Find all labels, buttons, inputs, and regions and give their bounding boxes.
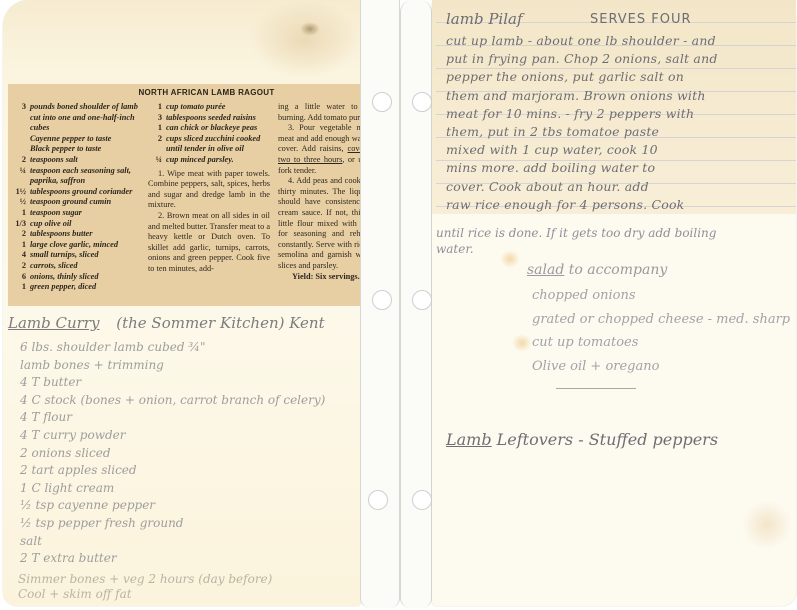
- ingredient-item: 6onions, thinly sliced: [12, 272, 140, 283]
- step-2: 2. Brown meat on all sides in oil and me…: [148, 211, 270, 275]
- pilaf-instruction-line: them and marjoram. Brown onions with: [446, 88, 706, 103]
- pilaf-continued-line: until rice is done. If it gets too dry a…: [436, 226, 716, 240]
- ingredient-quantity: ¼: [12, 166, 30, 187]
- ingredient-quantity: 2: [12, 261, 30, 272]
- binder-hole: [412, 290, 432, 310]
- ingredient-text: teaspoon each seasoning salt, paprika, s…: [30, 166, 140, 187]
- ingredient-quantity: ½: [12, 197, 30, 208]
- clipping-title: NORTH AFRICAN LAMB RAGOUT: [8, 88, 405, 97]
- ingredient-quantity: 3: [12, 102, 30, 134]
- curry-ingredient-line: 2 T extra butter: [20, 551, 117, 565]
- ingredient-quantity: [12, 144, 30, 155]
- ingredient-item: 1½tablespoons ground coriander: [12, 187, 140, 198]
- pilaf-instruction-line: raw rice enough for 4 persons. Cook: [446, 197, 684, 212]
- ingredient-item: 4small turnips, sliced: [12, 250, 140, 261]
- ingredient-text: onions, thinly sliced: [30, 272, 140, 283]
- binder-hole: [372, 92, 392, 112]
- ingredient-text: teaspoons salt: [30, 155, 140, 166]
- ingredient-quantity: 1: [148, 123, 166, 134]
- pilaf-instruction-line: mins more. add boiling water to: [446, 160, 655, 175]
- curry-ingredient-line: salt: [20, 534, 42, 548]
- ingredient-quantity: 1: [12, 282, 30, 293]
- binder-hole: [372, 290, 392, 310]
- ingredient-quantity: 1: [148, 102, 166, 113]
- binder-hole: [368, 490, 388, 510]
- serves-label: SERVES FOUR: [590, 12, 692, 27]
- pilaf-instruction-line: them, put in 2 tbs tomatoe paste: [446, 124, 659, 139]
- ingredient-text: cup minced parsley.: [166, 155, 270, 166]
- ingredient-quantity: ¼: [148, 155, 166, 166]
- ingredient-quantity: 2: [12, 229, 30, 240]
- divider-line: [556, 388, 636, 389]
- pilaf-instruction-line: mixed with 1 cup water, cook 10: [446, 142, 658, 157]
- curry-note-line: Cool + skim off fat: [18, 587, 132, 601]
- ingredient-text: tablespoons seeded raisins: [166, 113, 270, 124]
- salad-item: Olive oil + oregano: [532, 359, 659, 374]
- pilaf-instruction-line: cut up lamb - about one lb shoulder - an…: [446, 33, 716, 48]
- ingredient-quantity: 3: [148, 113, 166, 124]
- ingredient-item: 2carrots, sliced: [12, 261, 140, 272]
- ingredient-item: 1large clove garlic, minced: [12, 240, 140, 251]
- ingredient-text: small turnips, sliced: [30, 250, 140, 261]
- curry-ingredient-line: 4 T curry powder: [20, 428, 125, 442]
- ingredient-item: ½teaspoon ground cumin: [12, 197, 140, 208]
- ingredient-text: large clove garlic, minced: [30, 240, 140, 251]
- ingredient-item: 2tablespoons butter: [12, 229, 140, 240]
- ingredient-item: 2cups sliced zucchini cooked until tende…: [148, 134, 270, 155]
- step-1: 1. Wipe meat with paper towels. Combine …: [148, 169, 270, 211]
- ingredient-text: Black pepper to taste: [30, 144, 140, 155]
- ingredient-item: 1can chick or blackeye peas: [148, 123, 270, 134]
- ingredient-item: 3pounds boned shoulder of lamb cut into …: [12, 102, 140, 134]
- lamb-curry-title: Lamb Curry (the Sommer Kitchen) Kent: [8, 314, 325, 332]
- ingredient-item: Cayenne pepper to taste: [12, 134, 140, 145]
- curry-ingredient-line: 4 C stock (bones + onion, carrot branch …: [20, 393, 325, 407]
- ingredient-text: tablespoons butter: [30, 229, 140, 240]
- salad-title: salad to accompany: [527, 262, 667, 278]
- ingredient-text: cups sliced zucchini cooked until tender…: [166, 134, 270, 155]
- ingredient-item: 1cup tomato purée: [148, 102, 270, 113]
- stain: [512, 334, 532, 352]
- ingredient-text: can chick or blackeye peas: [166, 123, 270, 134]
- leftovers-title: Lamb Leftovers - Stuffed peppers: [446, 430, 718, 449]
- stain: [742, 500, 792, 550]
- curry-ingredient-line: 2 tart apples sliced: [20, 463, 137, 477]
- salad-item: cut up tomatoes: [532, 335, 638, 350]
- ingredient-quantity: 2: [12, 155, 30, 166]
- ingredient-text: cup olive oil: [30, 219, 140, 230]
- stain: [250, 0, 360, 80]
- curry-ingredient-line: 1 C light cream: [20, 481, 114, 495]
- stain: [500, 250, 520, 268]
- curry-ingredient-line: ½ tsp cayenne pepper: [20, 498, 155, 512]
- ingredient-text: green pepper, diced: [30, 282, 140, 293]
- ingredient-quantity: 1: [12, 240, 30, 251]
- ingredient-item: 3tablespoons seeded raisins: [148, 113, 270, 124]
- ingredient-item: 1green pepper, diced: [12, 282, 140, 293]
- ingredient-quantity: 2: [148, 134, 166, 155]
- ingredient-quantity: [12, 134, 30, 145]
- curry-ingredient-line: ½ tsp pepper fresh ground: [20, 516, 183, 530]
- ingredient-text: cup tomato purée: [166, 102, 270, 113]
- ingredient-text: tablespoons ground coriander: [30, 187, 140, 198]
- pilaf-instruction-line: meat for 10 mins. - fry 2 peppers with: [446, 106, 694, 121]
- curry-ingredient-line: lamb bones + trimming: [20, 358, 164, 372]
- pilaf-instruction-line: put in frying pan. Chop 2 onions, salt a…: [446, 51, 718, 66]
- curry-ingredient-line: 4 T flour: [20, 410, 72, 424]
- curry-ingredient-line: 4 T butter: [20, 375, 81, 389]
- ingredient-text: carrots, sliced: [30, 261, 140, 272]
- ingredient-item: 1/3cup olive oil: [12, 219, 140, 230]
- ingredient-quantity: 4: [12, 250, 30, 261]
- ingredient-item: Black pepper to taste: [12, 144, 140, 155]
- ingredients-and-steps-column: 1cup tomato purée3tablespoons seeded rai…: [148, 102, 270, 275]
- curry-ingredient-line: 2 onions sliced: [20, 446, 111, 460]
- ingredient-item: ¼cup minced parsley.: [148, 155, 270, 166]
- pilaf-instruction-line: cover. Cook about an hour. add: [446, 179, 649, 194]
- ingredient-text: pounds boned shoulder of lamb cut into o…: [30, 102, 140, 134]
- pilaf-instruction-line: pepper the onions, put garlic salt on: [446, 69, 684, 84]
- ingredient-quantity: 1½: [12, 187, 30, 198]
- newspaper-clipping: NORTH AFRICAN LAMB RAGOUT 3pounds boned …: [8, 84, 405, 306]
- curry-ingredient-line: 6 lbs. shoulder lamb cubed ¾": [20, 340, 206, 354]
- ingredient-text: Cayenne pepper to taste: [30, 134, 140, 145]
- pilaf-continued-line: water.: [436, 242, 474, 256]
- lamb-pilaf-title: lamb Pilaf: [446, 10, 523, 28]
- ingredient-item: 1teaspoon sugar: [12, 208, 140, 219]
- ingredient-item: ¼teaspoon each seasoning salt, paprika, …: [12, 166, 140, 187]
- ingredient-text: teaspoon sugar: [30, 208, 140, 219]
- ingredients-column-1: 3pounds boned shoulder of lamb cut into …: [12, 102, 140, 293]
- ingredient-quantity: 1: [12, 208, 30, 219]
- ingredient-text: teaspoon ground cumin: [30, 197, 140, 208]
- binder-hole: [412, 92, 432, 112]
- ingredient-item: 2teaspoons salt: [12, 155, 140, 166]
- ingredient-quantity: 6: [12, 272, 30, 283]
- salad-item: chopped onions: [532, 288, 636, 303]
- curry-note-line: Simmer bones + veg 2 hours (day before): [18, 572, 272, 586]
- binder-hole: [412, 490, 432, 510]
- salad-item: grated or chopped cheese - med. sharp: [532, 312, 790, 327]
- ingredient-quantity: 1/3: [12, 219, 30, 230]
